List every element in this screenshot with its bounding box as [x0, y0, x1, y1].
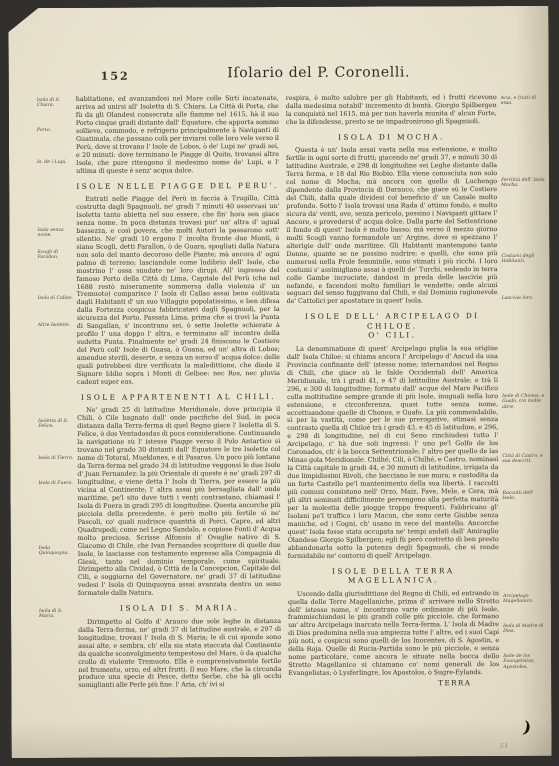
section-heading: ISOLA DI S. MARIA.: [78, 603, 281, 613]
margin-note: Isola di S. Chiara.: [37, 98, 74, 109]
margin-note: Porto.: [37, 128, 74, 134]
margin-note: Isola senza nome.: [37, 228, 74, 239]
margin-note: Isola di Madre di Dios.: [503, 624, 547, 635]
paragraph: Ne' gradi 25 di latitudine Meridionale, …: [77, 406, 281, 598]
section-heading: ISOLE NELLE PIAGGE DEL PERU'.: [76, 181, 279, 191]
right-text-column: respira, è molto salubre per gli Habitan…: [286, 94, 500, 688]
margin-note: Isola di Tierra.: [38, 456, 75, 462]
margin-note: Isoletta di S. Felice.: [38, 419, 75, 430]
left-text-column: habitatione, ed avanzandosi nel Mare col…: [76, 95, 282, 691]
margin-note: Città di Castro, e sua descritt.: [502, 454, 546, 465]
margin-note: Arcipelago Magellanico.: [503, 594, 547, 605]
scan-background: 152 Iſolario del P. Coronelli. Isola di …: [0, 0, 559, 766]
catchword: TERRA: [288, 679, 499, 688]
margin-note: Isole di Chonos, e Guafo, trà molte altr…: [502, 394, 546, 410]
section-heading: ISOLE APPARTENENTI AL CHILI.: [77, 392, 280, 402]
margin-note: Isole de los Evangelistas, Apostoles.: [503, 654, 547, 670]
margin-note: Is. de i Lupi.: [37, 160, 74, 166]
paragraph: Questa è un' Isola assai vasta nella sua…: [286, 146, 498, 306]
page-number: 152: [101, 70, 130, 83]
handwritten-ink-mark: ): [522, 717, 533, 737]
paragraph: habitatione, ed avanzandosi nel Mare col…: [76, 95, 279, 175]
paragraph: Uscendo dalla giurisdittione del Regno d…: [288, 590, 499, 678]
margin-note: Isola di Callao.: [38, 296, 75, 302]
margin-note: Aria, e frutti di essa.: [501, 96, 545, 107]
margin-note: Scogli di Farallon.: [37, 250, 74, 261]
section-heading: ISOLE DELLA TERRA MAGELLANICA.: [288, 566, 499, 586]
paragraph: Dirimpetto al Golfo d' Arauco due sole l…: [78, 618, 281, 690]
pencil-folio-number: 51: [500, 742, 509, 750]
margin-note: Isola di S. Maria.: [39, 609, 76, 620]
page-header: 152 Iſolario del P. Coronelli.: [9, 64, 549, 88]
margin-note: Isola Quinquoyna.: [39, 546, 76, 557]
running-title: Iſolario del P. Coronelli.: [189, 64, 449, 81]
book-page: 152 Iſolario del P. Coronelli. Isola di …: [8, 6, 551, 758]
margin-note: Isola di Fuera.: [38, 481, 75, 487]
paragraph: respira, è molto salubre per gli Habitan…: [286, 94, 497, 127]
section-heading: ISOLA DI MOCHA.: [286, 132, 497, 142]
paragraph: La denominatione di quest' Arcipelago pi…: [287, 345, 499, 561]
margin-note: Lascivie loro.: [502, 296, 546, 302]
paragraph: Entrati nelle Piagge del Perù in faccia …: [76, 195, 280, 387]
margin-note: Fertilità dell' Isola Mocha.: [501, 178, 545, 189]
margin-note: Costumi degli Habitanti.: [501, 254, 545, 265]
margin-note: Raccolti dell' Isola.: [502, 491, 546, 502]
section-heading: ISOLE DELL' ARCIPELAGO DI CHILOE. O' CIL…: [287, 311, 498, 340]
margin-note: Altre Isolette.: [38, 323, 75, 329]
